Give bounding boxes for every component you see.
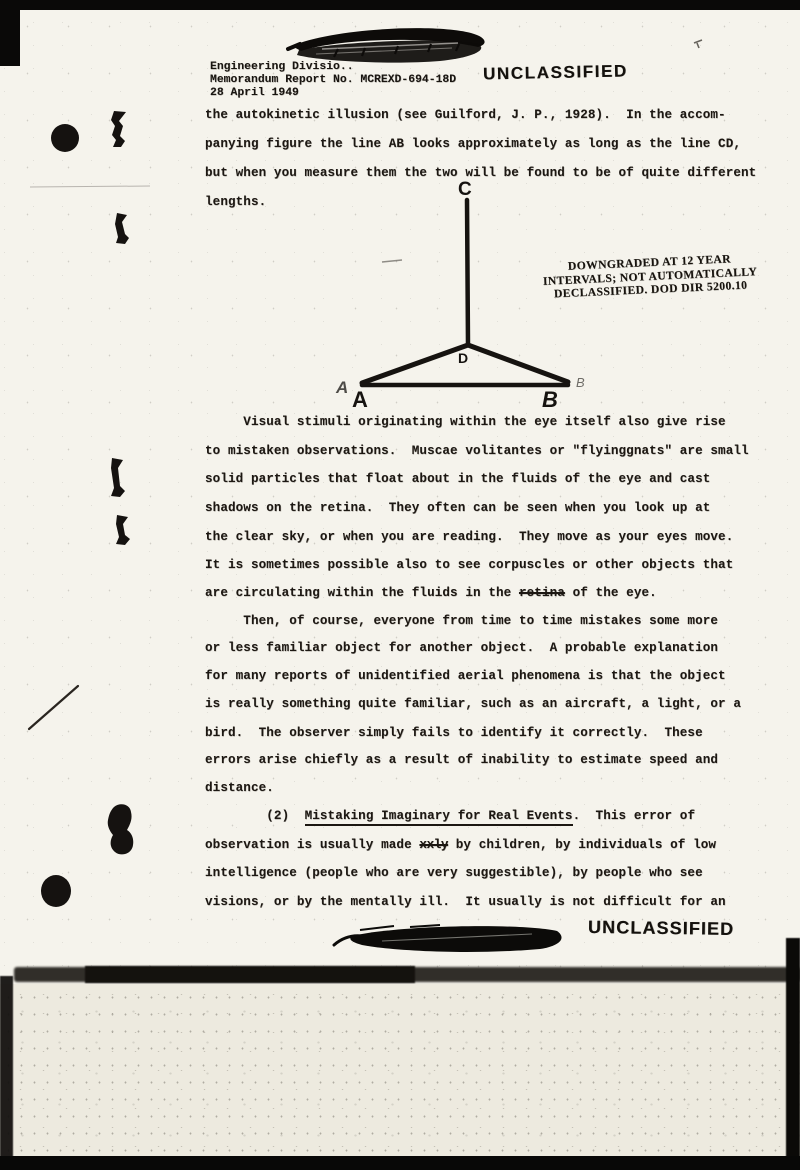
figure-line-db xyxy=(468,345,568,382)
figure-label-d: D xyxy=(458,350,468,366)
diagonal-pen-stroke xyxy=(29,686,78,729)
ink-blot xyxy=(111,111,126,147)
next-page-surface xyxy=(0,984,800,1156)
typed-line: visions, or by the mentally ill. It usua… xyxy=(205,895,726,909)
ink-blot xyxy=(108,804,134,854)
ink-blot xyxy=(115,213,129,244)
unclassified-stamp-bottom: UNCLASSIFIED xyxy=(588,917,734,940)
figure-line-da xyxy=(362,345,468,383)
scan-edge-bottom xyxy=(0,1156,800,1170)
section-heading-line: (2) Mistaking Imaginary for Real Events.… xyxy=(205,809,695,823)
text-segment: are circulating within the fluids in the xyxy=(205,586,519,600)
struck-word: retina xyxy=(519,586,565,600)
typed-line: solid particles that float about in the … xyxy=(205,472,710,486)
typed-line: for many reports of unidentified aerial … xyxy=(205,669,726,683)
redaction-scribble-top xyxy=(288,28,485,62)
typed-line: Visual stimuli originating within the ey… xyxy=(205,415,726,429)
scanned-memo-page: Engineering Divisio.. Memorandum Report … xyxy=(0,0,800,1170)
typed-line: lengths. xyxy=(205,195,266,209)
typed-line: shadows on the retina. They often can be… xyxy=(205,501,710,515)
typed-line: to mistaken observations. Muscae volitan… xyxy=(205,444,749,458)
typed-line-with-strikeout: observation is usually made xxly by chil… xyxy=(205,838,716,852)
scan-edge-right xyxy=(786,938,800,1170)
ink-blot xyxy=(111,458,125,497)
typed-line: panying figure the line AB looks approxi… xyxy=(205,137,741,151)
optical-illusion-figure: C D A A B B xyxy=(320,175,620,415)
text-segment: by children, by individuals of low xyxy=(448,838,716,852)
next-page-edge-band xyxy=(14,967,800,982)
redaction-scribble-bottom xyxy=(334,925,562,952)
typed-line: distance. xyxy=(205,781,274,795)
underlined-section-title: Mistaking Imaginary for Real Events xyxy=(305,809,573,826)
typed-line: errors arise chiefly as a result of inab… xyxy=(205,753,718,767)
figure-label-c: C xyxy=(458,179,472,200)
text-segment: observation is usually made xyxy=(205,838,419,852)
scan-edge-left xyxy=(0,0,20,66)
header-org-line: Engineering Divisio.. xyxy=(210,62,354,74)
margin-ink-blots xyxy=(41,111,133,907)
typed-line: bird. The observer simply fails to ident… xyxy=(205,726,703,740)
figure-label-b-faint: B xyxy=(576,375,585,390)
typed-line: intelligence (people who are very sugges… xyxy=(205,866,703,880)
typed-line: the autokinetic illusion (see Guilford, … xyxy=(205,108,726,122)
figure-label-b: B xyxy=(542,387,558,412)
text-segment: of the eye. xyxy=(565,586,657,600)
punch-hole-dot xyxy=(41,875,71,907)
typed-line-with-strikeout: are circulating within the fluids in the… xyxy=(205,586,657,600)
header-date-line: 28 April 1949 xyxy=(210,88,299,100)
scan-edge-top xyxy=(0,0,800,10)
typed-line: It is sometimes possible also to see cor… xyxy=(205,558,733,572)
ink-blot xyxy=(116,515,130,545)
typed-line: Then, of course, everyone from time to t… xyxy=(205,614,718,628)
typed-line: the clear sky, or when you are reading. … xyxy=(205,530,733,544)
unclassified-stamp-top: UNCLASSIFIED xyxy=(483,61,628,84)
header-report-line: Memorandum Report No. MCREXD-694-18D xyxy=(210,75,456,87)
text-segment: (2) xyxy=(205,809,305,823)
struck-word: xxly xyxy=(419,838,448,852)
figure-line-cd xyxy=(467,200,468,345)
figure-label-a: A xyxy=(352,387,368,412)
scan-edge-left-lower xyxy=(0,976,13,1170)
figure-label-a-faint: A xyxy=(335,378,348,397)
punch-hole-dot xyxy=(51,124,79,152)
typed-line: is really something quite familiar, such… xyxy=(205,697,741,711)
text-segment: . This error of xyxy=(573,809,696,823)
typed-line: or less familiar object for another obje… xyxy=(205,641,718,655)
